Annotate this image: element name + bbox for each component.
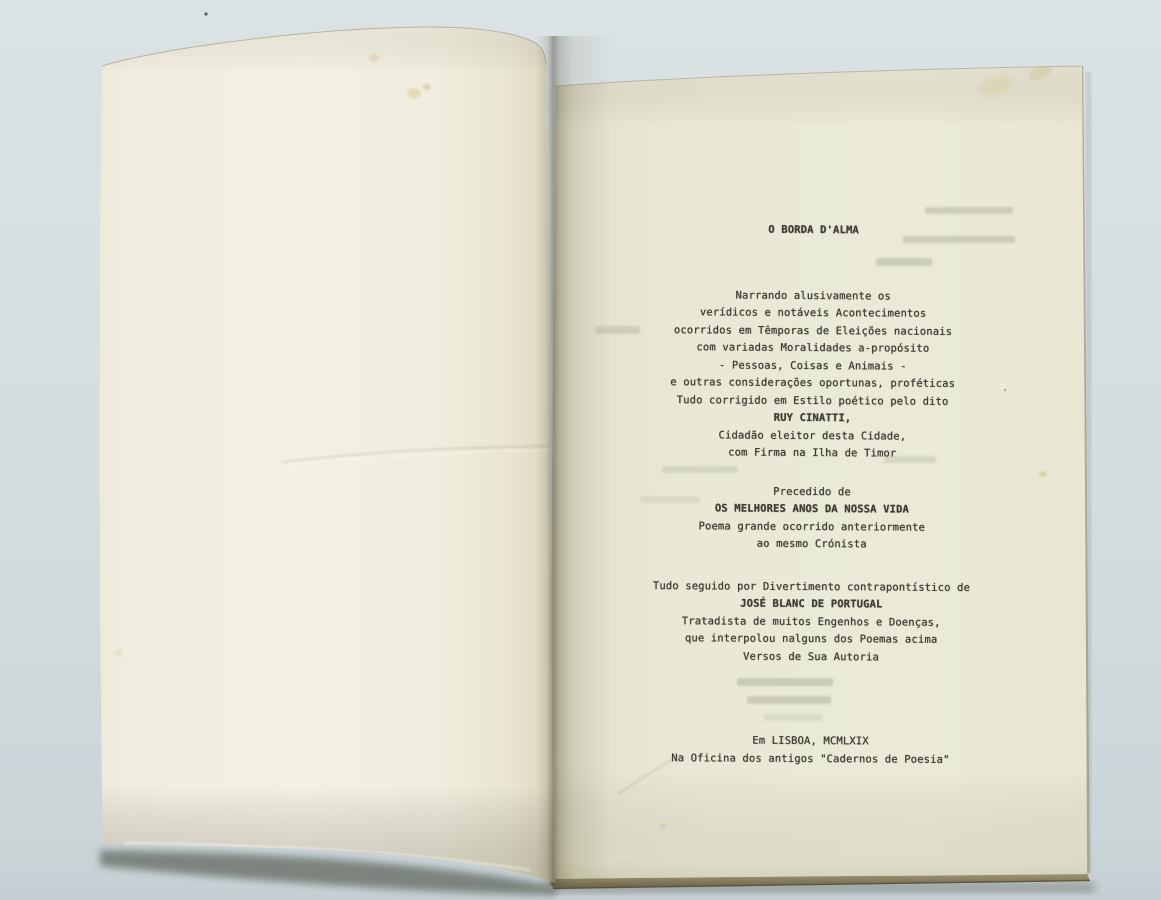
dust-speck	[204, 12, 207, 15]
title-page-text: O BORDA D'ALMA Narrando alusivamente osv…	[590, 221, 1033, 770]
preceded-by-block: Precedido deOS MELHORES ANOS DA NOSSA VI…	[592, 482, 1032, 555]
left-page	[95, 20, 560, 890]
text-line: Versos de Sua Autoria	[591, 647, 1031, 667]
narrative-block: Narrando alusivamente osverídicos e notá…	[592, 286, 1033, 464]
text-line: ao mesmo Crónista	[592, 535, 1032, 555]
followed-by-block: Tudo seguido por Divertimento contrapont…	[591, 577, 1032, 667]
text-line: com Firma na Ilha de Timor	[592, 444, 1032, 464]
text-line: Tudo seguido por Divertimento contrapont…	[591, 577, 1031, 597]
text-line: Na Oficina dos antigos "Cadernos de Poes…	[590, 749, 1030, 769]
photograph-open-book: O BORDA D'ALMA Narrando alusivamente osv…	[0, 0, 1161, 900]
colophon-block: Em LISBOA, MCMLXIXNa Oficina dos antigos…	[590, 732, 1030, 770]
book-title: O BORDA D'ALMA	[594, 221, 1034, 241]
